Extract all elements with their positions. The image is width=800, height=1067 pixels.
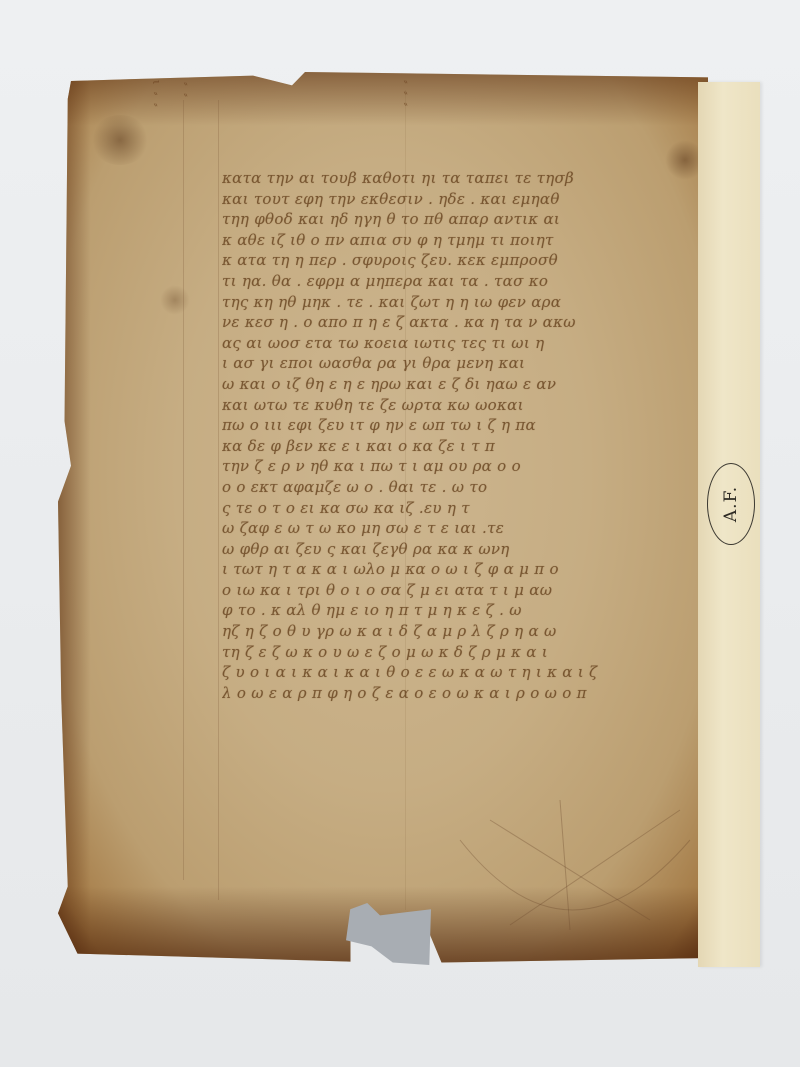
text-line: τη ζ ε ζ ω κ ο υ ω ε ζ ο μ ω κ δ ζ ρ μ κ…: [222, 642, 700, 663]
margin-note: ⸗ ⸗ ⸗: [400, 80, 413, 108]
geometric-diagram-sketch: [450, 800, 700, 940]
ruling-line-margin: [183, 100, 184, 880]
text-line: φ το . κ αλ θ ημ ε ιο η π τ μ η κ ε ζ . …: [222, 600, 700, 621]
text-line: ι τωτ η τ α κ α ι ωλο μ κα ο ω ι ζ φ α μ…: [222, 559, 700, 580]
stain: [90, 115, 150, 165]
text-line: τηη φθοδ και ηδ ηγη θ το πθ απαρ αντικ α…: [222, 209, 700, 230]
text-line: νε κεσ η . ο απο π η ε ζ ακτα . κα η τα …: [222, 312, 700, 333]
text-line: κ αθε ιζ ιθ ο πν απια συ φ η τμημ τι ποι…: [222, 230, 700, 251]
text-line: ς τε ο τ ο ει κα σω κα ιζ .ευ η τ: [222, 498, 700, 519]
text-line: πω ο ιιι εφι ζευ ιτ φ ην ε ωπ τω ι ζ η π…: [222, 415, 700, 436]
text-line: ι ασ γι εποι ωασθα ρα γι θρα μενη και: [222, 353, 700, 374]
text-line: ζ υ ο ι α ι κ α ι κ α ι θ ο ε ε ω κ α ω …: [222, 662, 700, 683]
text-line: τι ηα. θα . εφρμ α μηπερα και τα . τασ κ…: [222, 271, 700, 292]
text-line: ο ιω κα ι τρι θ ο ι ο σα ζ μ ει ατα τ ι …: [222, 580, 700, 601]
margin-note: ι ⸗ ⸗: [150, 80, 163, 109]
stamp-text: A.F.: [721, 486, 741, 522]
text-line: κα δε φ βεν κε ε ι και ο κα ζε ι τ π: [222, 436, 700, 457]
text-line: και τουτ εφη την εκθεσιν . ηδε . και εμη…: [222, 189, 700, 210]
text-line: κ ατα τη η περ . σφυροις ζευ. κεκ εμπροσ…: [222, 250, 700, 271]
margin-note: ⸗ ⸗: [180, 82, 193, 99]
text-block: κατα την αι τουβ καθοτι ηι τα ταπει τε τ…: [222, 168, 700, 703]
text-line: κατα την αι τουβ καθοτι ηι τα ταπει τε τ…: [222, 168, 700, 189]
library-stamp: A.F.: [707, 463, 755, 545]
text-line: ηζ η ζ ο θ υ γρ ω κ α ι δ ζ α μ ρ λ ζ ρ …: [222, 621, 700, 642]
text-line: ω φθρ αι ζευ ς και ζεγθ ρα κα κ ωνη: [222, 539, 700, 560]
ruling-line-left: [218, 100, 219, 900]
text-line: της κη ηθ μηκ . τε . και ζωτ η η ιω φεν …: [222, 292, 700, 313]
text-line: την ζ ε ρ ν ηθ κα ι πω τ ι αμ ου ρα ο ο: [222, 456, 700, 477]
text-line: ας αι ωοσ ετα τω κοεια ιωτις τες τι ωι η: [222, 333, 700, 354]
text-line: ω και ο ιζ θη ε η ε ηρω και ε ζ δι ηαω ε…: [222, 374, 700, 395]
text-line: λ ο ω ε α ρ π φ η ο ζ ε α ο ε ο ω κ α ι …: [222, 683, 700, 704]
text-line: ω ζαφ ε ω τ ω κο μη σω ε τ ε ιαι .τε: [222, 518, 700, 539]
text-line: και ωτω τε κυθη τε ζε ωρτα κω ωοκαι: [222, 395, 700, 416]
text-line: ο ο εκτ αφαμζε ω ο . θαι τε . ω το: [222, 477, 700, 498]
stain: [160, 285, 190, 315]
